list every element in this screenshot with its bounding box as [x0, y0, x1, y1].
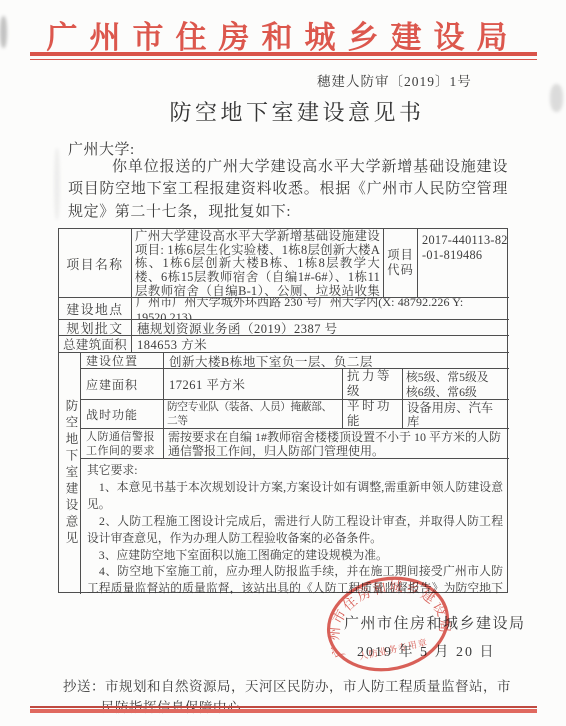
section-vertical-label: 防空地下室建设意见	[59, 353, 81, 594]
total-area-label-cell: 总建筑面积	[59, 336, 132, 353]
resistance-label-cell: 抗力等级	[343, 369, 403, 400]
scan-smudge	[54, 148, 60, 220]
footer-rule-thin	[30, 706, 537, 708]
org-title: 广州市住房和城乡建设局	[0, 12, 566, 57]
planning-doc-value-cell: 穗规划资源业务函（2019）2387 号	[132, 320, 509, 336]
total-area-value-cell: 184653 方米	[132, 336, 509, 353]
document-page: 广州市住房和城乡建设局 穗建人防审〔2019〕1号 防空地下室建设意见书 广州大…	[0, 0, 566, 726]
location-value-cell: 广州市广州大学城外环西路 230 号广州大学内(X: 48792.226 Y: …	[132, 298, 509, 320]
footer-rule-thick	[30, 709, 537, 713]
resistance-value-cell: 核5级、常5级及 核6级、常6级	[403, 369, 509, 400]
doc-number: 穗建人防审〔2019〕1号	[317, 70, 472, 90]
stamp-bottom-text: 人防业务专用章	[358, 636, 429, 661]
approval-table: 项目名称 广州大学建设高水平大学新增基础设施建设项目: 1栋6层生化实验楼、1栋…	[58, 228, 508, 593]
planning-doc-label-cell: 规划批文	[59, 320, 132, 336]
project-name-value-cell: 广州大学建设高水平大学新增基础设施建设项目: 1栋6层生化实验楼、1栋8层创新大…	[132, 229, 384, 298]
location-label-cell: 建设地点	[59, 298, 132, 320]
peacetime-label-cell: 平时功能	[343, 400, 403, 429]
position-label-cell: 建设位置	[81, 353, 164, 369]
project-code-value-cell: 2017-440113-82 -01-819486	[418, 229, 509, 298]
required-area-label-cell: 应建面积	[81, 369, 164, 400]
alarm-value-cell: 需按要求在自编 1#教师宿舍楼楼顶设置不小于 10 平方米的人防通信警报工作间，…	[164, 429, 509, 459]
peacetime-value-cell: 设备用房、汽车 库	[403, 400, 509, 429]
doc-title: 防空地下室建设意见书	[14, 96, 566, 127]
project-name-label-cell: 项目名称	[59, 229, 132, 298]
header-rule-thin	[30, 59, 537, 60]
alarm-label-cell: 人防通信警报 工作间的要求	[81, 429, 164, 459]
required-area-value-cell: 17261 平方米	[164, 369, 343, 400]
scan-smudge	[550, 84, 563, 112]
position-value-cell: 创新大楼B栋地下室负一层、负二层	[164, 353, 509, 369]
wartime-value-cell: 防空专业队（装备、人员）掩蔽部、二等 人员掩蔽所、物资库（1个）、战时电站	[164, 400, 343, 429]
wartime-label-cell: 战时功能	[81, 400, 164, 429]
intro-paragraph: 你单位报送的广州大学建设高水平大学新增基础设施建设项目防空地下室工程报建资料收悉…	[68, 156, 508, 223]
scan-smudge	[0, 16, 7, 48]
project-code-label-cell: 项目代码	[384, 229, 418, 298]
header-rule-thick	[30, 52, 537, 56]
